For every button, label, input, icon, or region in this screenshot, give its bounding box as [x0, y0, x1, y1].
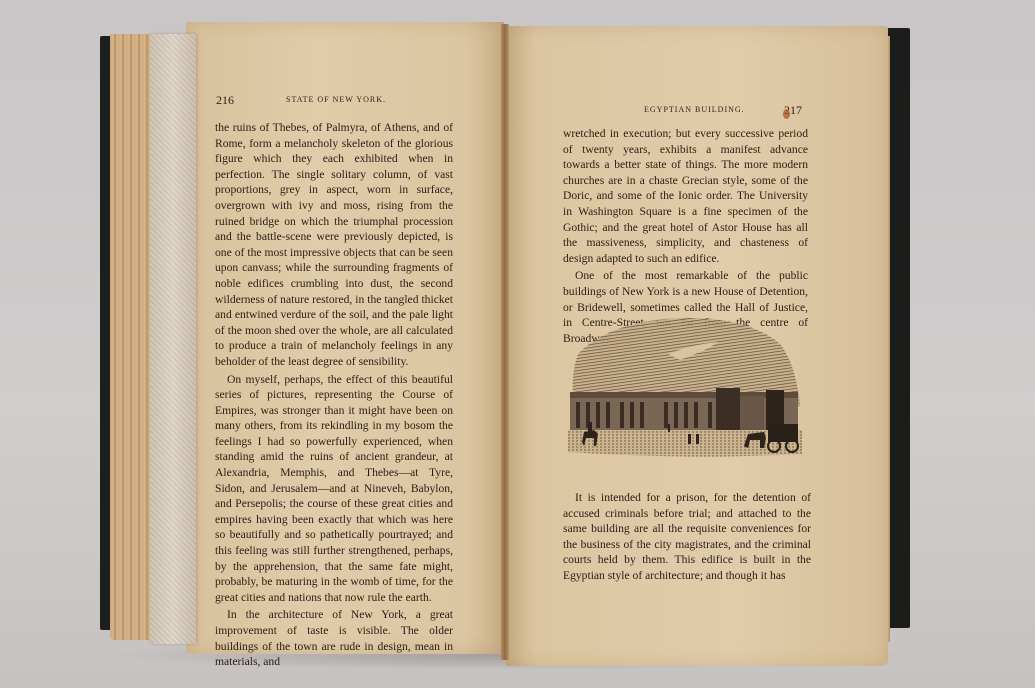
running-head-right: EGYPTIAN BUILDING. [644, 105, 745, 114]
book-gutter [501, 24, 509, 660]
paragraph: In the architecture of New York, a great… [215, 607, 453, 669]
page-number-left: 216 [216, 93, 234, 108]
left-page-body: the ruins of Thebes, of Palmyra, of Athe… [215, 120, 453, 670]
bookmark-ribbon[interactable] [150, 34, 196, 644]
paper-stain [783, 109, 790, 119]
paragraph: wretched in execution; but every success… [563, 126, 808, 266]
paragraph: It is intended for a prison, for the det… [563, 490, 811, 584]
paragraph: On myself, perhaps, the effect of this b… [215, 372, 453, 606]
engraving-illustration [568, 314, 802, 458]
running-head-left: STATE OF NEW YORK. [286, 95, 386, 104]
paragraph: the ruins of Thebes, of Palmyra, of Athe… [215, 120, 453, 370]
right-page-body-bottom: It is intended for a prison, for the det… [563, 490, 811, 584]
